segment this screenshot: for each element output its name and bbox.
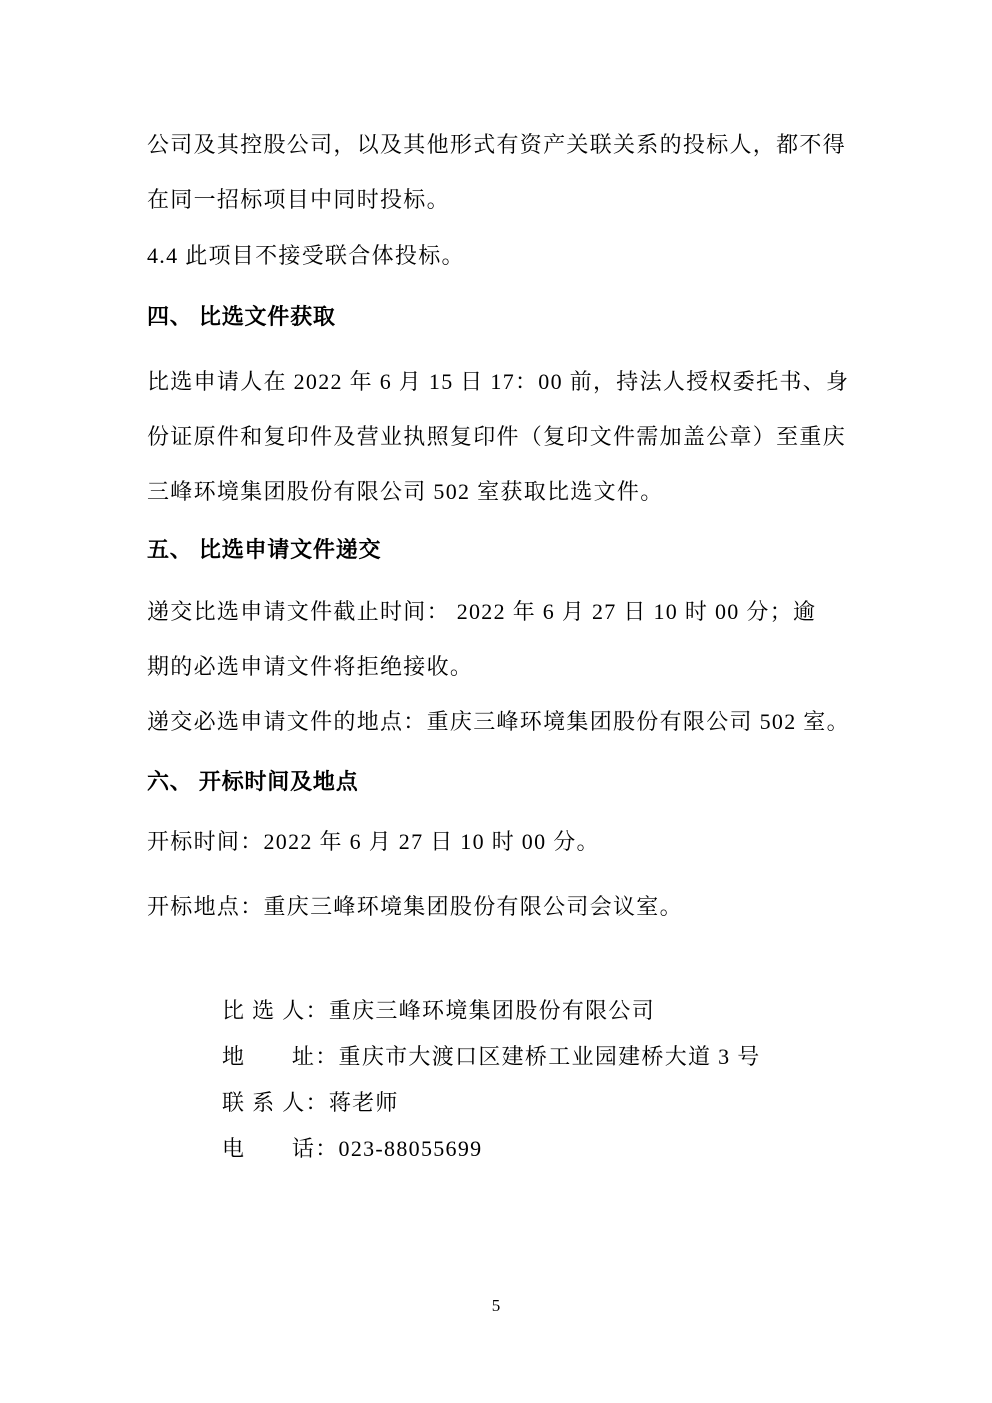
contact-row-person: 联 系 人：蒋老师 xyxy=(222,1080,852,1126)
section-5-paragraph-deadline: 递交比选申请文件截止时间： 2022 年 6 月 27 日 10 时 00 分；… xyxy=(147,584,852,694)
contact-row-selector: 比 选 人：重庆三峰环境集团股份有限公司 xyxy=(222,988,852,1034)
body-line: 三峰环境集团股份有限公司 502 室获取比选文件。 xyxy=(147,464,852,519)
contact-row-phone: 电 话：023-88055699 xyxy=(222,1126,852,1172)
body-line: 开标地点：重庆三峰环境集团股份有限公司会议室。 xyxy=(147,879,852,934)
page-footer: 5 xyxy=(0,1296,992,1316)
contact-row-address: 地 址：重庆市大渡口区建桥工业园建桥大道 3 号 xyxy=(222,1034,852,1080)
contact-label: 比 选 人： xyxy=(222,998,329,1023)
contact-label: 联 系 人： xyxy=(222,1090,329,1115)
body-line: 公司及其控股公司，以及其他形式有资产关联关系的投标人，都不得 xyxy=(147,117,852,172)
body-line: 期的必选申请文件将拒绝接收。 xyxy=(147,639,852,694)
contact-value: 重庆市大渡口区建桥工业园建桥大道 3 号 xyxy=(339,1044,761,1069)
section-6-heading: 六、 开标时间及地点 xyxy=(147,754,852,809)
body-line: 4.4 此项目不接受联合体投标。 xyxy=(147,228,852,283)
section-4-paragraph: 比选申请人在 2022 年 6 月 15 日 17：00 前，持法人授权委托书、… xyxy=(147,354,852,519)
contact-value: 重庆三峰环境集团股份有限公司 xyxy=(329,998,655,1023)
paragraph-continuation: 公司及其控股公司，以及其他形式有资产关联关系的投标人，都不得 在同一招标项目中同… xyxy=(147,117,852,227)
contact-label: 地 址： xyxy=(222,1044,339,1069)
section-6-paragraph-place: 开标地点：重庆三峰环境集团股份有限公司会议室。 xyxy=(147,879,852,934)
section-5-paragraph-location: 递交必选申请文件的地点：重庆三峰环境集团股份有限公司 502 室。 xyxy=(147,694,852,749)
paragraph-clause-4-4: 4.4 此项目不接受联合体投标。 xyxy=(147,228,852,283)
body-line: 在同一招标项目中同时投标。 xyxy=(147,172,852,227)
body-line: 份证原件和复印件及营业执照复印件（复印文件需加盖公章）至重庆 xyxy=(147,409,852,464)
contact-label: 电 话： xyxy=(222,1136,339,1161)
page-number: 5 xyxy=(492,1296,501,1315)
section-6-paragraph-time: 开标时间：2022 年 6 月 27 日 10 时 00 分。 xyxy=(147,814,852,869)
body-line: 开标时间：2022 年 6 月 27 日 10 时 00 分。 xyxy=(147,814,852,869)
contact-value: 023-88055699 xyxy=(339,1136,483,1161)
contact-value: 蒋老师 xyxy=(329,1090,399,1115)
section-5-heading: 五、 比选申请文件递交 xyxy=(147,522,852,577)
body-line: 递交比选申请文件截止时间： 2022 年 6 月 27 日 10 时 00 分；… xyxy=(147,584,852,639)
body-line: 比选申请人在 2022 年 6 月 15 日 17：00 前，持法人授权委托书、… xyxy=(147,354,852,409)
contact-block: 比 选 人：重庆三峰环境集团股份有限公司 地 址：重庆市大渡口区建桥工业园建桥大… xyxy=(147,988,852,1172)
document-body: 公司及其控股公司，以及其他形式有资产关联关系的投标人，都不得 在同一招标项目中同… xyxy=(147,117,852,1172)
section-4-heading: 四、 比选文件获取 xyxy=(147,289,852,344)
body-line: 递交必选申请文件的地点：重庆三峰环境集团股份有限公司 502 室。 xyxy=(147,694,852,749)
document-page: 公司及其控股公司，以及其他形式有资产关联关系的投标人，都不得 在同一招标项目中同… xyxy=(0,0,992,1403)
